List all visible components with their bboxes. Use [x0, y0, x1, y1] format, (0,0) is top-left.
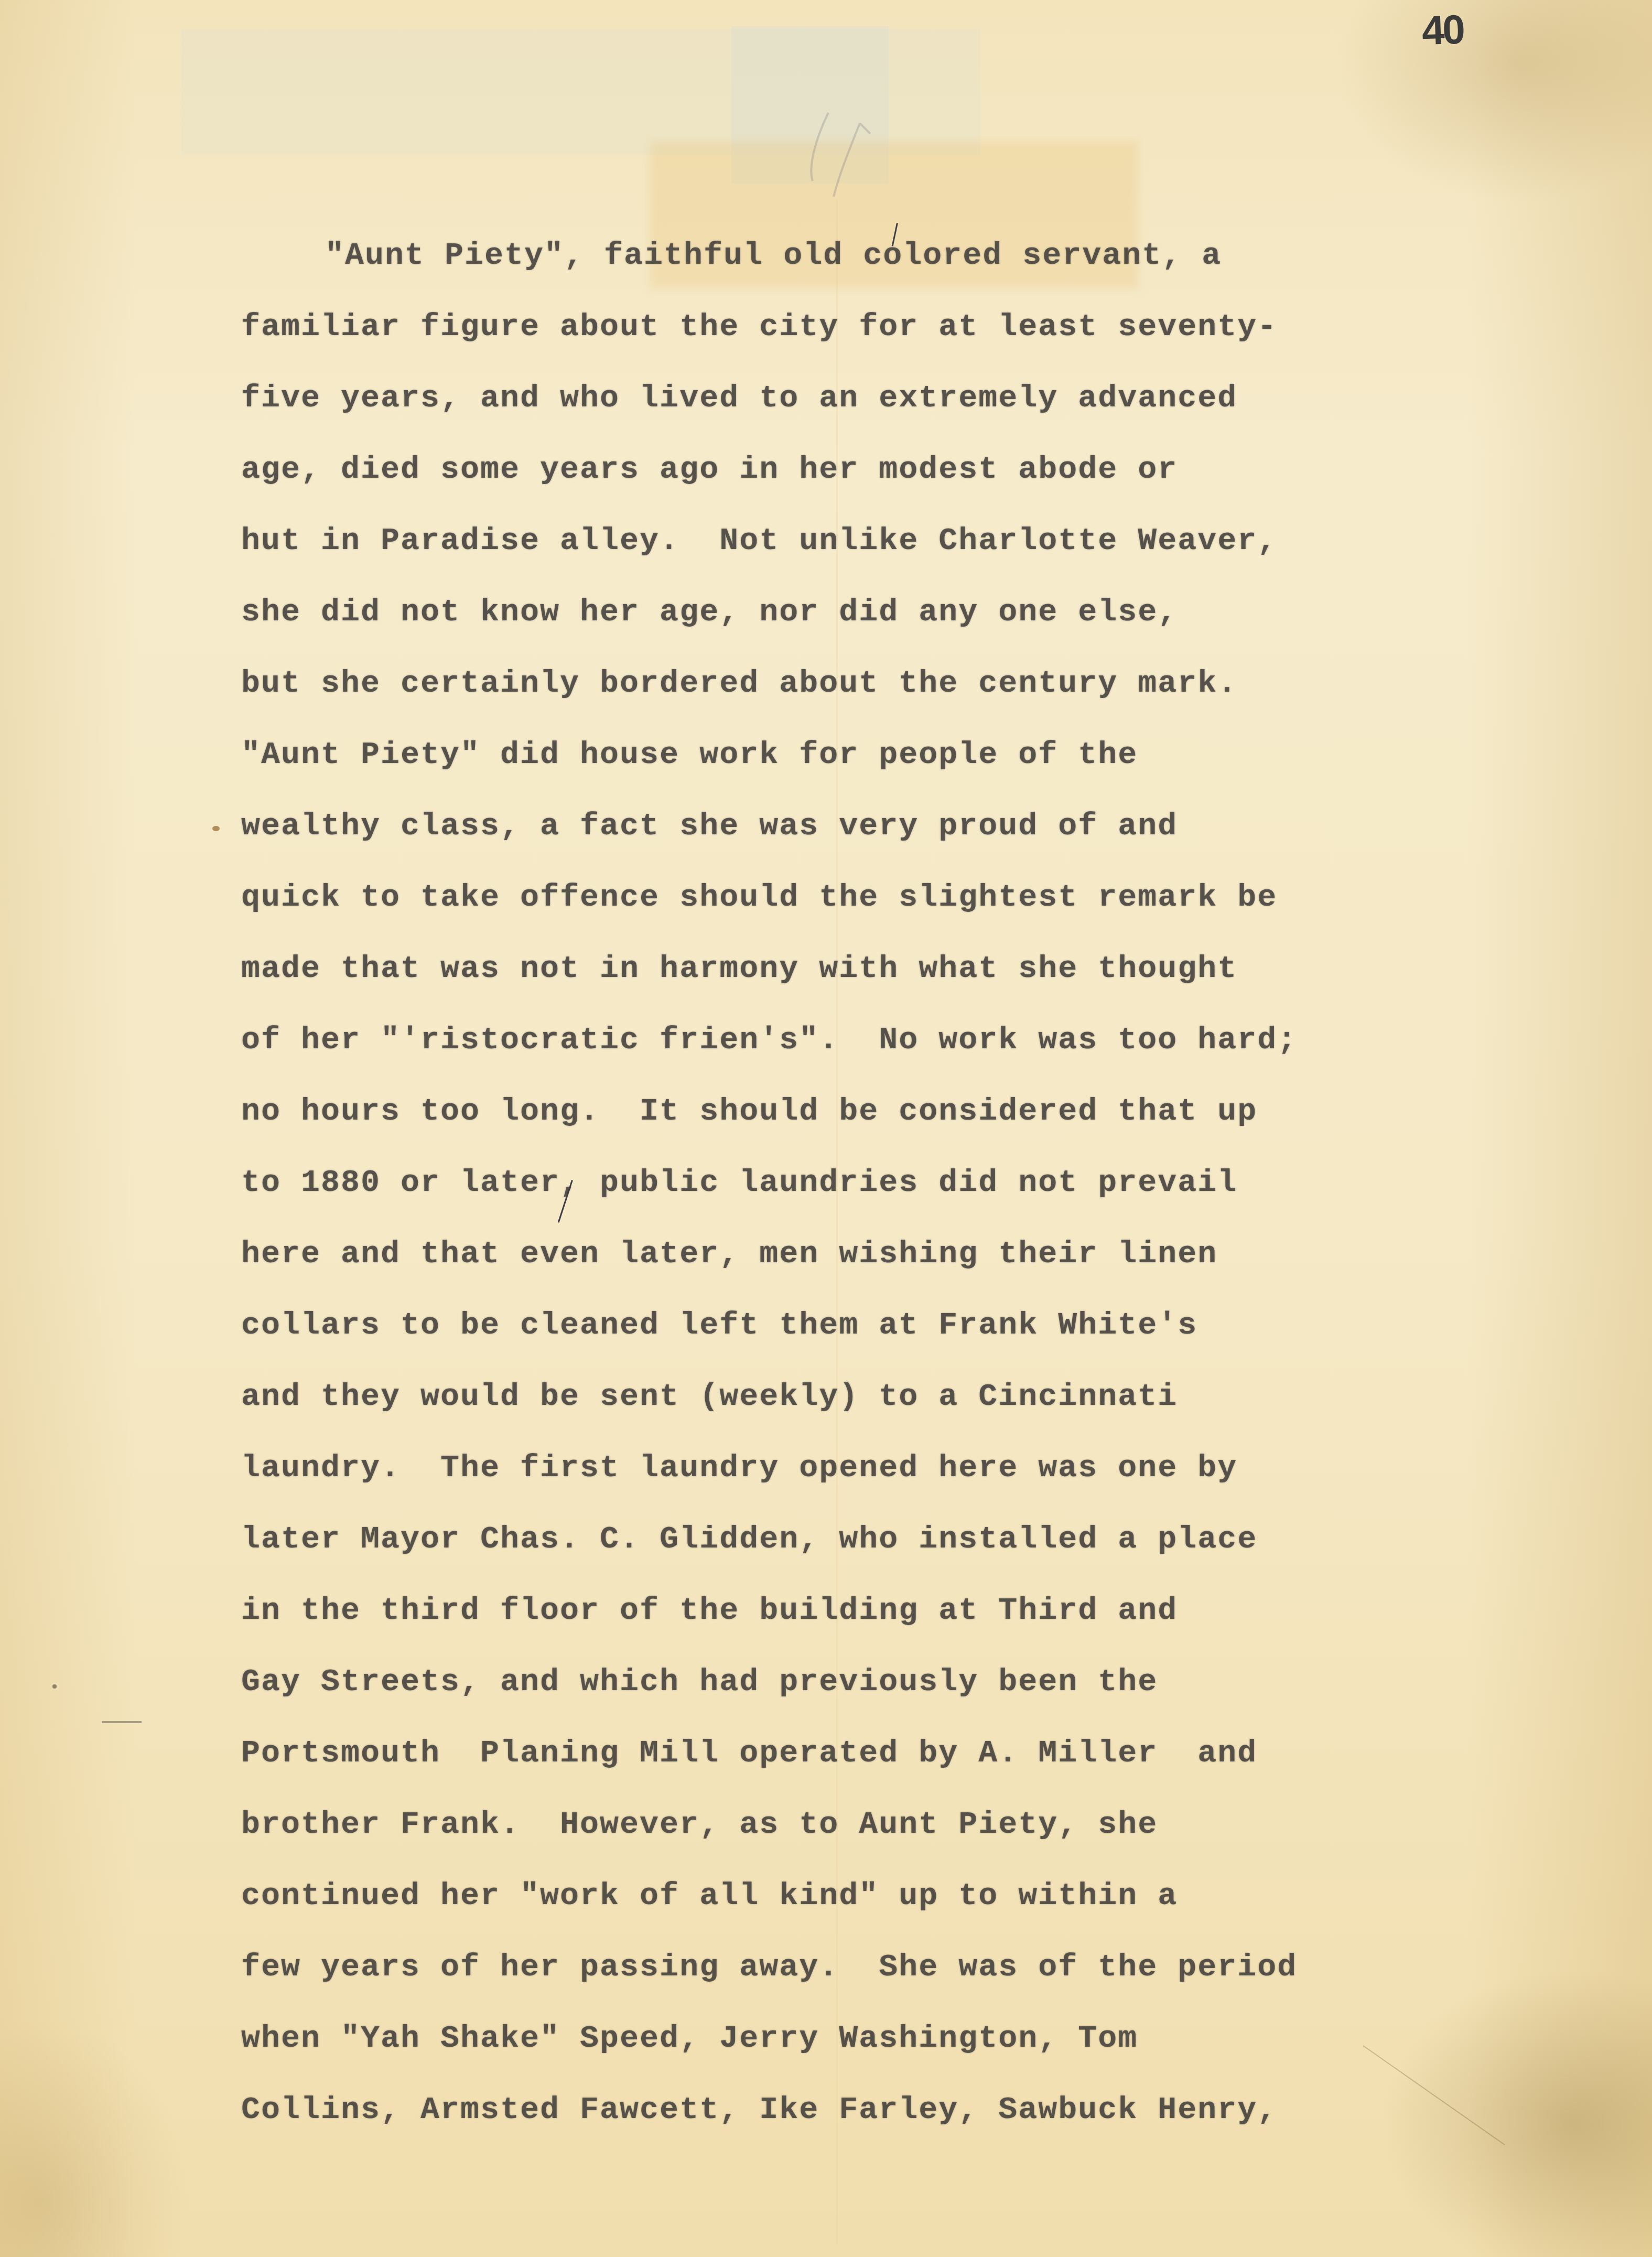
- text-line-13: no hours too long. It should be consider…: [241, 1096, 1257, 1127]
- text-line-16: collars to be cleaned left them at Frank…: [241, 1310, 1197, 1341]
- margin-speck: [52, 1684, 57, 1689]
- text-line-26: when "Yah Shake" Speed, Jerry Washington…: [241, 2023, 1138, 2055]
- text-line-23: brother Frank. However, as to Aunt Piety…: [241, 1809, 1158, 1841]
- text-line-11: made that was not in harmony with what s…: [241, 953, 1237, 985]
- text-line-15: here and that even later, men wishing th…: [241, 1239, 1217, 1270]
- text-line-12: of her "'ristocratic frien's". No work w…: [241, 1025, 1297, 1056]
- text-line-19: later Mayor Chas. C. Glidden, who instal…: [241, 1524, 1257, 1555]
- text-line-22: Portsmouth Planing Mill operated by A. M…: [241, 1738, 1257, 1769]
- text-line-9: wealthy class, a fact she was very proud…: [241, 811, 1178, 842]
- handwritten-page-number: 40: [1421, 6, 1464, 55]
- text-line-7: but she certainly bordered about the cen…: [241, 668, 1237, 700]
- document-page: 40 "Aunt Piety", faithful old colored se…: [0, 0, 1652, 2257]
- text-line-8: "Aunt Piety" did house work for people o…: [241, 739, 1138, 771]
- text-line-20: in the third floor of the building at Th…: [241, 1595, 1178, 1627]
- text-line-17: and they would be sent (weekly) to a Cin…: [241, 1381, 1178, 1413]
- text-line-10: quick to take offence should the slighte…: [241, 882, 1277, 913]
- text-line-27: Collins, Armsted Fawcett, Ike Farley, Sa…: [241, 2094, 1277, 2126]
- text-line-21: Gay Streets, and which had previously be…: [241, 1667, 1158, 1698]
- text-line-4: age, died some years ago in her modest a…: [241, 454, 1178, 486]
- text-line-5: hut in Paradise alley. Not unlike Charlo…: [241, 525, 1277, 557]
- corner-crease: [1363, 2045, 1505, 2145]
- text-line-25: few years of her passing away. She was o…: [241, 1952, 1297, 1983]
- paper-fold: [836, 199, 838, 2244]
- faint-pencil-mark-icon: [797, 102, 917, 207]
- text-line-24: continued her "work of all kind" up to w…: [241, 1880, 1178, 1912]
- margin-mark: [102, 1721, 142, 1723]
- text-line-2: familiar figure about the city for at le…: [241, 311, 1277, 343]
- text-line-14: to 1880 or later, public laundries did n…: [241, 1167, 1237, 1199]
- text-line-3: five years, and who lived to an extremel…: [241, 383, 1237, 414]
- text-line-1: "Aunt Piety", faithful old colored serva…: [325, 240, 1222, 272]
- text-line-18: laundry. The first laundry opened here w…: [241, 1453, 1237, 1484]
- margin-rust-spot: [212, 826, 220, 831]
- text-line-6: she did not know her age, nor did any on…: [241, 597, 1178, 628]
